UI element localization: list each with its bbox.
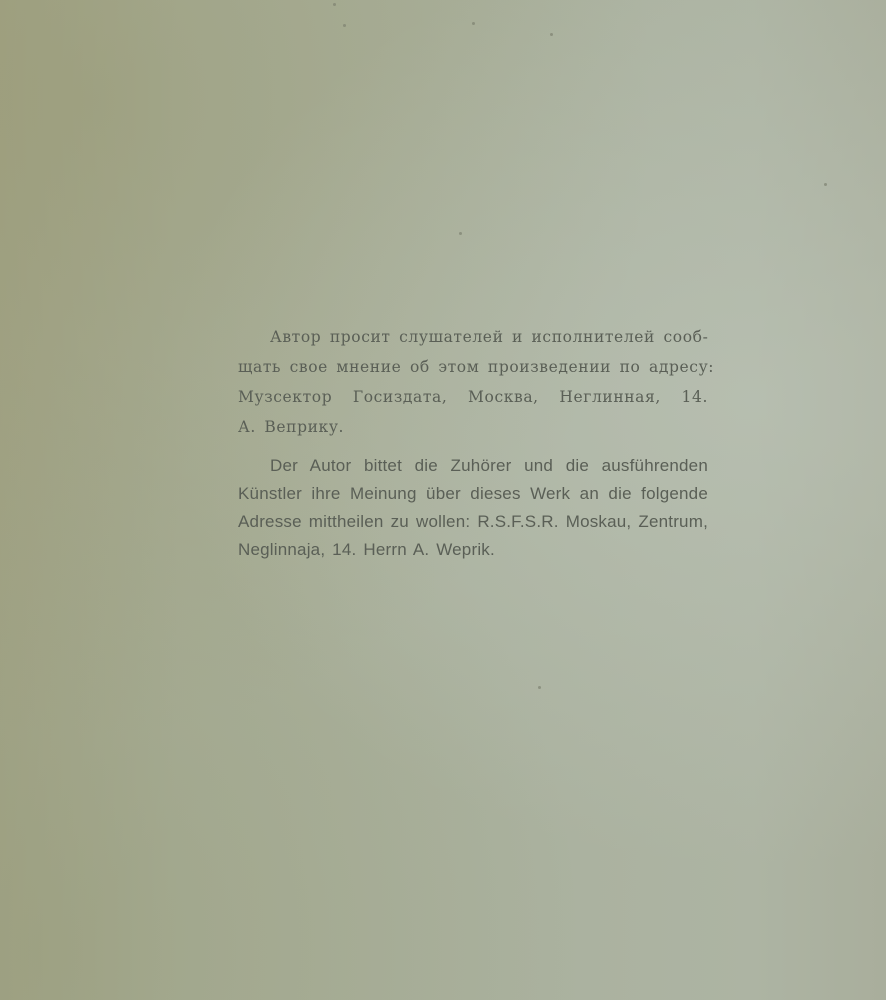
text-line: Музсектор Госиздата, Москва, Неглинная, … — [238, 382, 708, 412]
scanned-page: Автор просит слушателей и исполнителей с… — [0, 0, 886, 1000]
text-line: Künstler ihre Meinung über dieses Werk a… — [238, 480, 708, 508]
text-line: Neglinnaja, 14. Herrn A. Weprik. — [238, 536, 708, 564]
paper-speck — [824, 183, 827, 186]
paper-speck — [343, 24, 346, 27]
notice-paragraph-russian: Автор просит слушателей и исполнителей с… — [238, 322, 708, 442]
text-line: А. Веприку. — [238, 412, 708, 442]
paper-speck — [538, 686, 541, 689]
paper-speck — [550, 33, 553, 36]
text-line: Автор просит слушателей и исполнителей с… — [238, 322, 708, 352]
paper-speck — [333, 3, 336, 6]
text-line: Der Autor bittet die Zuhörer und die aus… — [238, 452, 708, 480]
text-line: Adresse mittheilen zu wollen: R.S.F.S.R.… — [238, 508, 708, 536]
paper-speck — [459, 232, 462, 235]
notice-paragraph-german: Der Autor bittet die Zuhörer und die aus… — [238, 452, 708, 564]
text-line: щать свое мнение об этом произведении по… — [238, 352, 708, 382]
paper-speck — [472, 22, 475, 25]
author-notice: Автор просит слушателей и исполнителей с… — [238, 322, 708, 564]
